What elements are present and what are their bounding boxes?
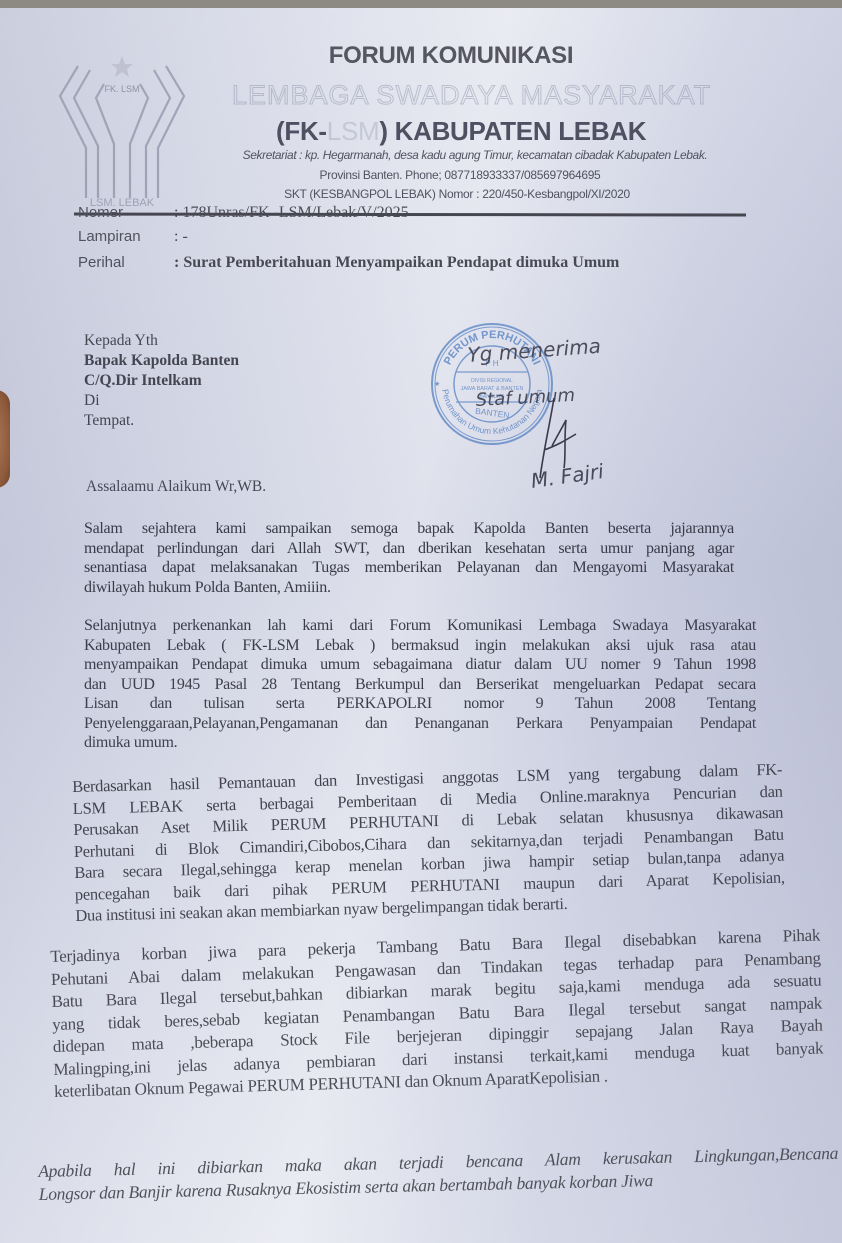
paragraph-line: Salam sejahtera kami sampaikan semoga ba… [84,519,734,539]
paragraph-line: mendapat perlindungan dari Allah SWT, da… [84,539,734,559]
letterhead-organization: (FK-LSM) KABUPATEN LEBAK [276,116,646,147]
svg-text:FK. LSM: FK. LSM [104,84,139,94]
paragraph-line: Penyelenggaraan,Pelayanan,Pengamanan dan… [84,714,756,734]
paragraph-findings: Berdasarkan hasil Pemantauan dan Investi… [72,759,785,927]
paragraph-line: dan UUD 1945 Pasal 28 Tentang Berkumpul … [84,675,756,695]
organization-logo-icon: FK. LSM LSM. LEBAK [56,48,188,208]
paragraph-line: senantiasa dapat melaksanakan Tugas memb… [84,558,734,578]
svg-text:Yg menerima: Yg menerima [467,334,602,367]
letterhead-subtitle: LEMBAGA SWADAYA MASYARAKAT [232,80,711,111]
meta-lampiran: Lampiran: - [78,228,188,246]
paragraph-line: menyampaikan Pendapat dimuka umum sebaga… [84,655,756,675]
recipient-block: Kepada Yth Bapak Kapolda Banten C/Q.Dir … [84,331,239,431]
meta-nomer: Nomer: 178Unras/FK -LSM/Lebak/V/2025 [78,204,409,222]
letterhead-title: FORUM KOMUNIKASI [0,42,842,70]
paragraph-line: Kabupaten Lebak ( FK-LSM Lebak ) bermaks… [84,636,756,656]
finger-holding-paper [0,390,10,488]
paragraph-allegation: Terjadinya korban jiwa para pekerja Tamb… [50,925,824,1104]
meta-perihal: Perihal: Surat Pemberitahuan Menyampaika… [78,254,619,272]
paragraph-line: dimuka umum. [84,733,756,753]
paragraph-warning: Apabila hal ini dibiarkan maka akan terj… [38,1142,839,1205]
paragraph-line: diwilayah hukum Polda Banten, Amiiin. [84,578,734,598]
greeting: Assalaamu Alaikum Wr,WB. [86,478,266,496]
paragraph-line: Selanjutnya perkenankan lah kami dari Fo… [84,616,756,636]
letterhead-secretariat: Sekretariat : kp. Hegarmanah, desa kadu … [0,148,842,162]
signature-icon: Yg menerima Staf umum M. Fajri [440,328,680,498]
letterhead-registration: SKT (KESBANGPOL LEBAK) Nomor : 220/450-K… [0,187,842,201]
letterhead-contact: Provinsi Banten. Phone; 087718933337/085… [0,168,842,182]
paragraph-intent: Selanjutnya perkenankan lah kami dari Fo… [84,616,756,753]
paragraph-line: Lisan dan tulisan serta PERKAPOLRI nomor… [84,694,756,714]
paragraph-opening: Salam sejahtera kami sampaikan semoga ba… [84,519,734,597]
letter-paper: FK. LSM LSM. LEBAK FORUM KOMUNIKASI LEMB… [0,8,842,1243]
svg-text:Staf umum: Staf umum [475,385,575,411]
